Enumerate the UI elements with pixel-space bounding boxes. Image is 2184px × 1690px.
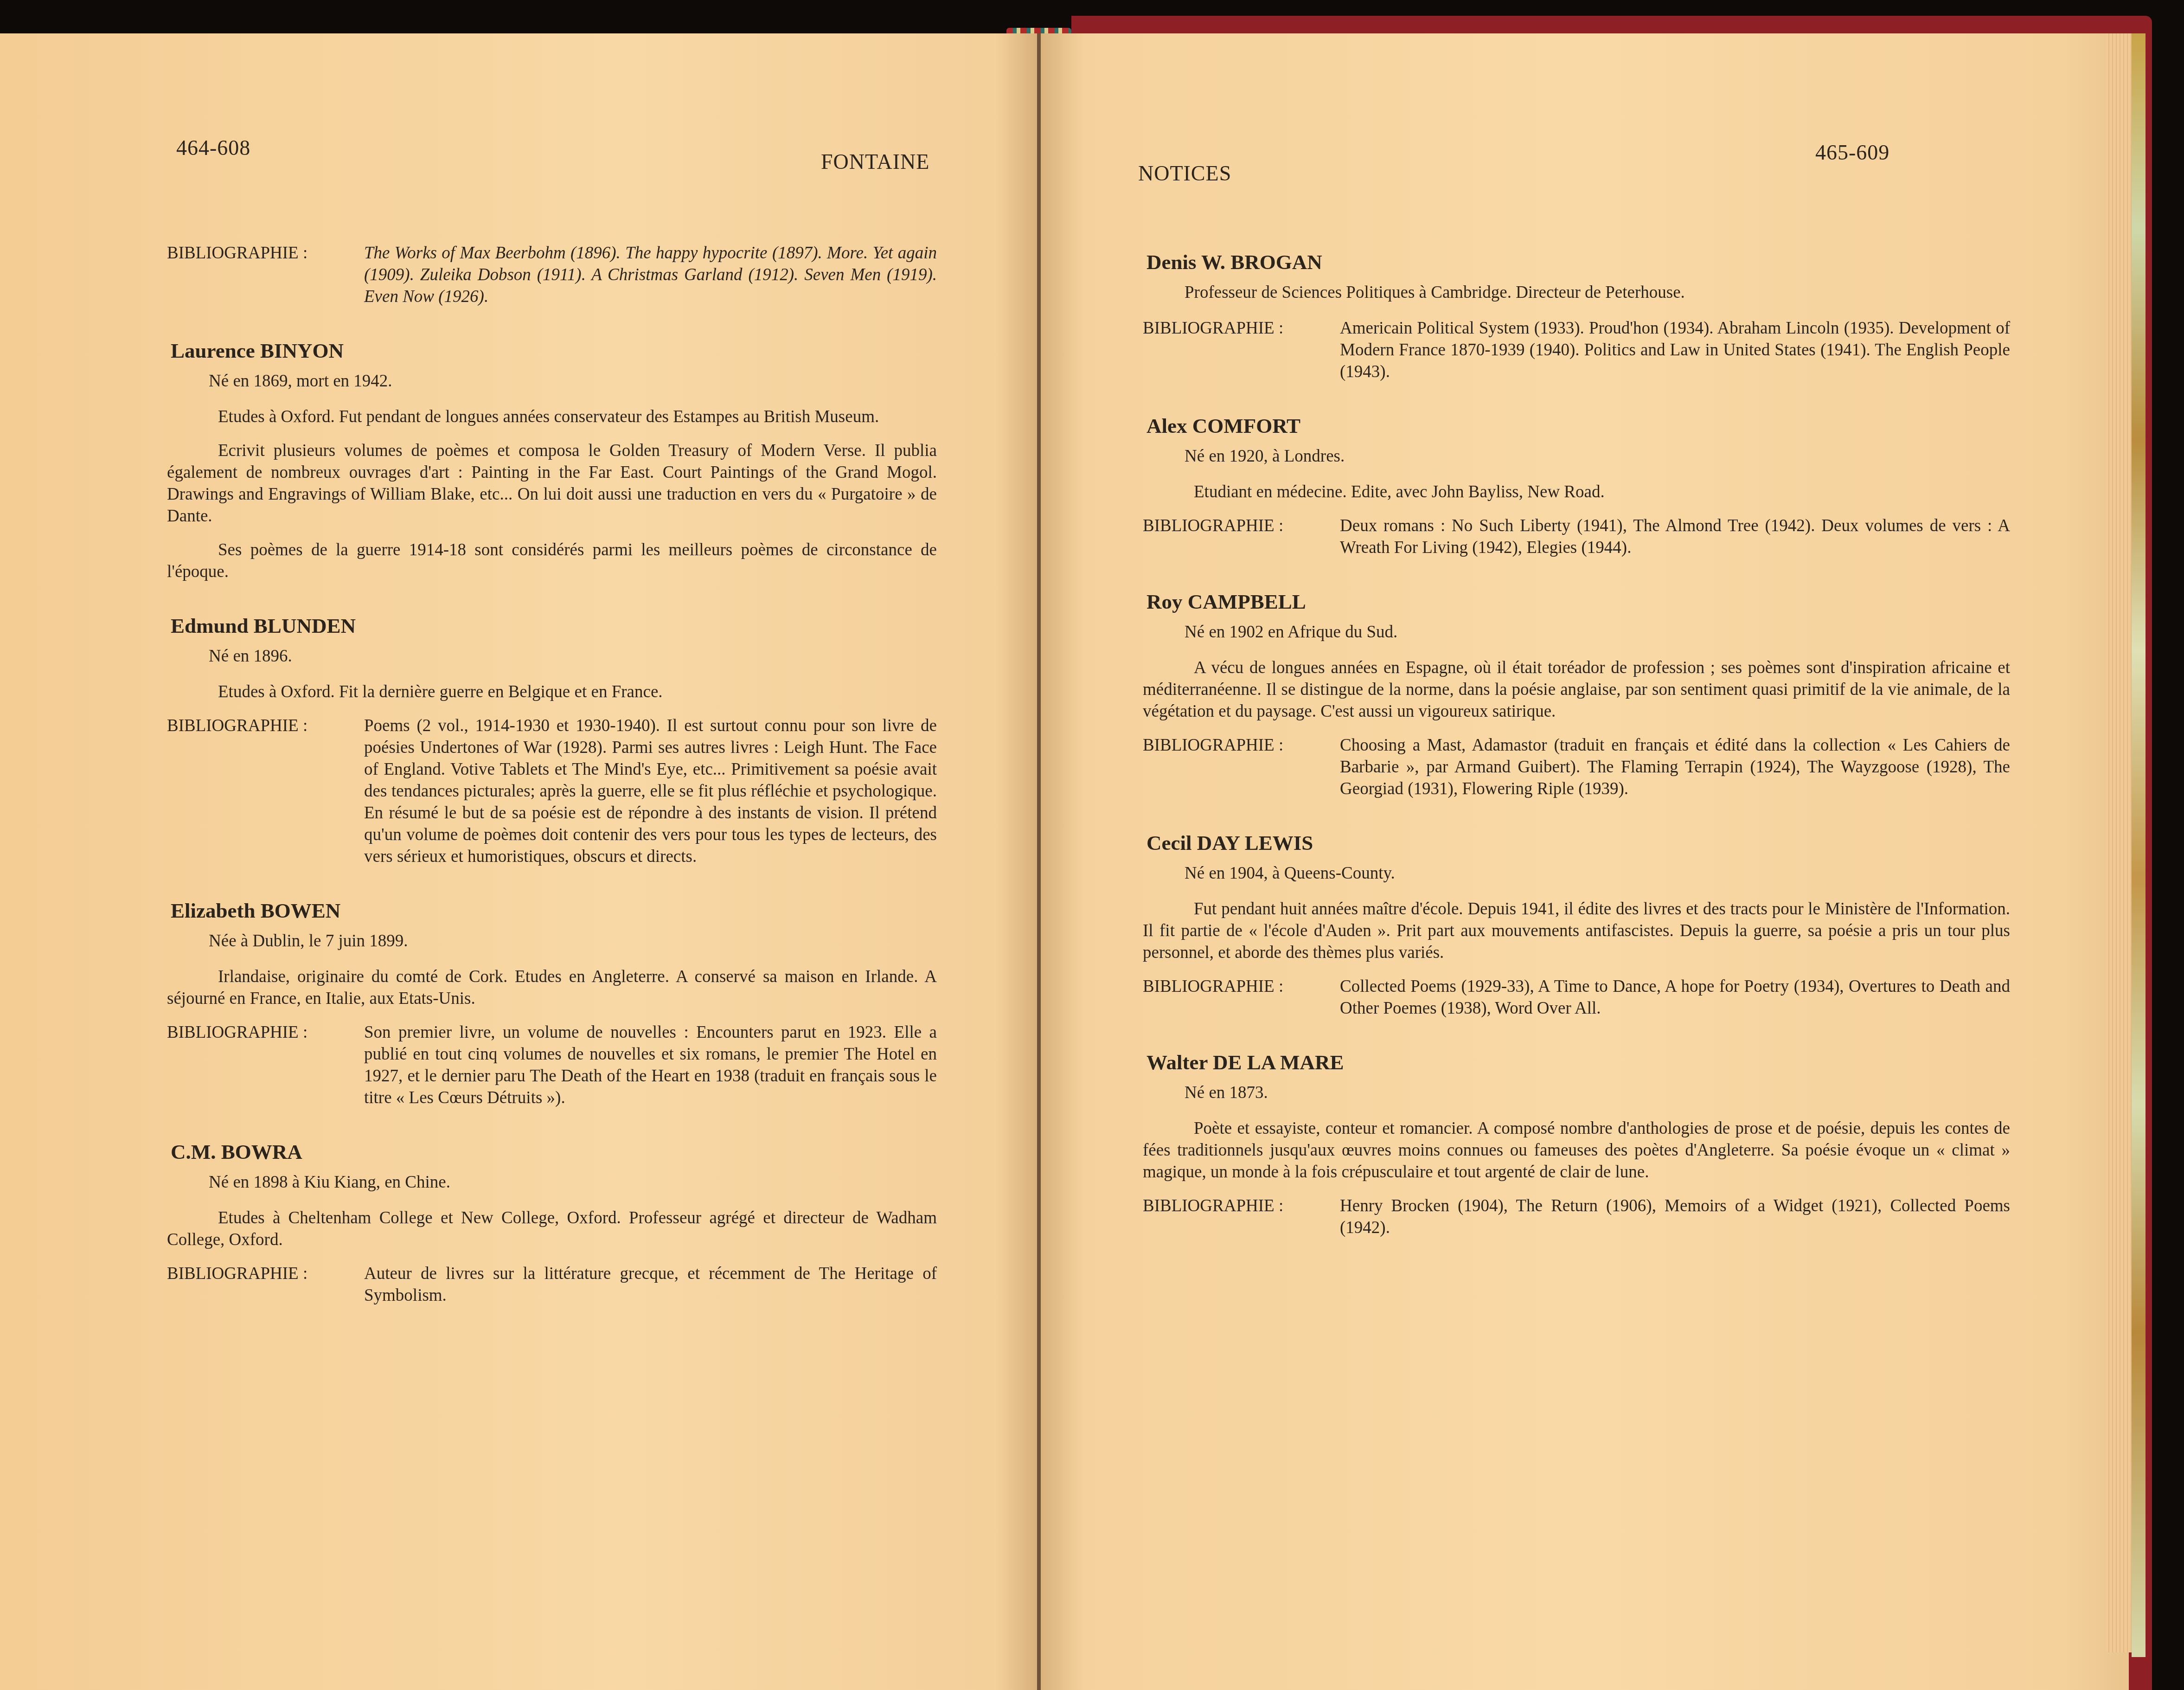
- author-name: Cecil DAY LEWIS: [1146, 832, 2010, 854]
- author-name: Denis W. BROGAN: [1146, 251, 2010, 273]
- left-page: 464-608 FONTAINE BIBLIOGRAPHIE : The Wor…: [0, 33, 1038, 1690]
- author-name: C.M. BOWRA: [171, 1141, 937, 1163]
- author-entry-de-la-mare: Walter DE LA MARE Né en 1873. Poète et e…: [1143, 1052, 2010, 1239]
- right-page: 465-609 NOTICES Denis W. BROGAN Professe…: [1041, 33, 2129, 1690]
- author-paragraph: Irlandaise, originaire du comté de Cork.…: [167, 966, 937, 1009]
- bib-label: BIBLIOGRAPHIE :: [1143, 1195, 1340, 1239]
- author-birth: Né en 1920, à Londres.: [1185, 445, 2010, 467]
- bib-label: BIBLIOGRAPHIE :: [1143, 317, 1340, 383]
- book-gutter: [1037, 33, 1041, 1690]
- bib-label: BIBLIOGRAPHIE :: [167, 1263, 364, 1306]
- author-paragraph: Etudes à Oxford. Fut pendant de longues …: [167, 406, 937, 428]
- author-birth: Professeur de Sciences Politiques à Camb…: [1185, 282, 2010, 303]
- author-birth: Né en 1904, à Queens-County.: [1185, 862, 2010, 884]
- running-head-right: NOTICES: [1138, 161, 1231, 186]
- bib-text: Henry Brocken (1904), The Return (1906),…: [1340, 1195, 2010, 1239]
- bib-label: BIBLIOGRAPHIE :: [167, 1022, 364, 1109]
- bib-text: Son premier livre, un volume de nouvelle…: [364, 1022, 937, 1109]
- page-number-left: 464-608: [176, 135, 250, 160]
- bib-text: Choosing a Mast, Adamastor (traduit en f…: [1340, 734, 2010, 800]
- author-paragraph: Etudes à Cheltenham College et New Colle…: [167, 1207, 937, 1251]
- bib-label: BIBLIOGRAPHIE :: [1143, 515, 1340, 559]
- author-paragraph: Ses poèmes de la guerre 1914-18 sont con…: [167, 539, 937, 583]
- right-page-content: Denis W. BROGAN Professeur de Sciences P…: [1143, 251, 2010, 1271]
- author-entry-bowra: C.M. BOWRA Né en 1898 à Kiu Kiang, en Ch…: [167, 1141, 937, 1306]
- author-birth: Né en 1898 à Kiu Kiang, en Chine.: [209, 1171, 937, 1193]
- marbled-endpaper: [2132, 33, 2146, 1657]
- author-paragraph: Etudiant en médecine. Edite, avec John B…: [1143, 481, 2010, 503]
- bib-text: Deux romans : No Such Liberty (1941), Th…: [1340, 515, 2010, 559]
- bib-text: Auteur de livres sur la littérature grec…: [364, 1263, 937, 1306]
- bib-text: Poems (2 vol., 1914-1930 et 1930-1940). …: [364, 715, 937, 867]
- author-entry-brogan: Denis W. BROGAN Professeur de Sciences P…: [1143, 251, 2010, 383]
- bib-label: BIBLIOGRAPHIE :: [1143, 734, 1340, 800]
- author-birth: Né en 1896.: [209, 645, 937, 667]
- left-page-content: BIBLIOGRAPHIE : The Works of Max Beerboh…: [167, 238, 937, 1339]
- author-entry-binyon: Laurence BINYON Né en 1869, mort en 1942…: [167, 340, 937, 583]
- author-paragraph: A vécu de longues années en Espagne, où …: [1143, 657, 2010, 722]
- bib-text: Americain Political System (1933). Proud…: [1340, 317, 2010, 383]
- bib-label: BIBLIOGRAPHIE :: [167, 715, 364, 867]
- author-name: Roy CAMPBELL: [1146, 591, 2010, 613]
- author-paragraph: Ecrivit plusieurs volumes de poèmes et c…: [167, 440, 937, 527]
- author-entry-bowen: Elizabeth BOWEN Née à Dublin, le 7 juin …: [167, 900, 937, 1109]
- continuation-entry: BIBLIOGRAPHIE : The Works of Max Beerboh…: [167, 242, 937, 308]
- bib-text: Collected Poems (1929-33), A Time to Dan…: [1340, 976, 2010, 1019]
- author-name: Laurence BINYON: [171, 340, 937, 362]
- author-entry-comfort: Alex COMFORT Né en 1920, à Londres. Etud…: [1143, 415, 2010, 559]
- author-paragraph: Poète et essayiste, conteur et romancier…: [1143, 1118, 2010, 1183]
- author-name: Alex COMFORT: [1146, 415, 2010, 437]
- author-birth: Née à Dublin, le 7 juin 1899.: [209, 930, 937, 952]
- author-birth: Né en 1869, mort en 1942.: [209, 370, 937, 392]
- author-name: Elizabeth BOWEN: [171, 900, 937, 922]
- page-edges: [2106, 33, 2132, 1652]
- author-entry-day-lewis: Cecil DAY LEWIS Né en 1904, à Queens-Cou…: [1143, 832, 2010, 1019]
- author-paragraph: Etudes à Oxford. Fit la dernière guerre …: [167, 681, 937, 703]
- page-number-right: 465-609: [1815, 140, 1889, 165]
- author-name: Edmund BLUNDEN: [171, 615, 937, 637]
- author-entry-blunden: Edmund BLUNDEN Né en 1896. Etudes à Oxfo…: [167, 615, 937, 867]
- author-entry-campbell: Roy CAMPBELL Né en 1902 en Afrique du Su…: [1143, 591, 2010, 800]
- author-birth: Né en 1902 en Afrique du Sud.: [1185, 621, 2010, 643]
- author-paragraph: Fut pendant huit années maître d'école. …: [1143, 898, 2010, 964]
- bib-label: BIBLIOGRAPHIE :: [1143, 976, 1340, 1019]
- author-birth: Né en 1873.: [1185, 1082, 2010, 1104]
- author-name: Walter DE LA MARE: [1146, 1052, 2010, 1073]
- bib-label: BIBLIOGRAPHIE :: [167, 242, 364, 308]
- bib-text: The Works of Max Beerbohm (1896). The ha…: [364, 242, 937, 308]
- running-head-left: FONTAINE: [821, 149, 929, 174]
